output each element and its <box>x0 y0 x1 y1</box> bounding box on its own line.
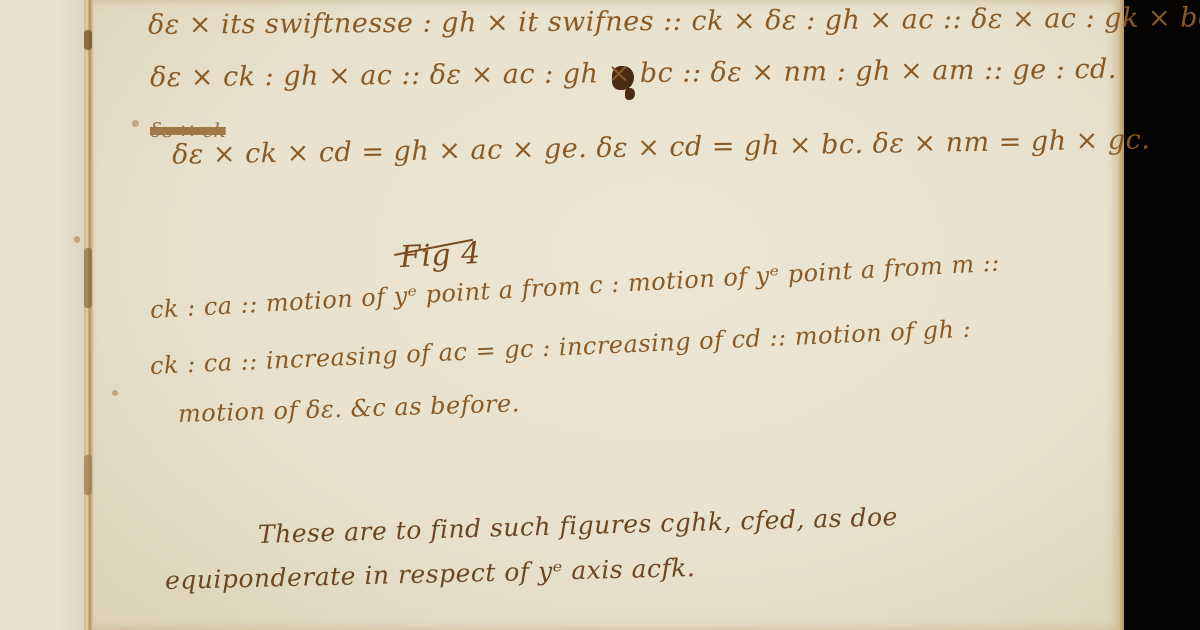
gutter-stain <box>84 30 92 50</box>
left-facing-page <box>0 0 88 630</box>
figure-heading: Fig 4 <box>399 236 481 275</box>
gutter-stain <box>84 455 92 495</box>
page-edge <box>1118 0 1124 630</box>
foxing-spot <box>132 120 139 127</box>
foxing-spot <box>74 236 80 243</box>
gutter-stain <box>84 248 92 308</box>
foxing-spot <box>112 390 118 396</box>
manuscript-photo: δε × its swiftnesse : gh × it swifnes ::… <box>0 0 1200 630</box>
